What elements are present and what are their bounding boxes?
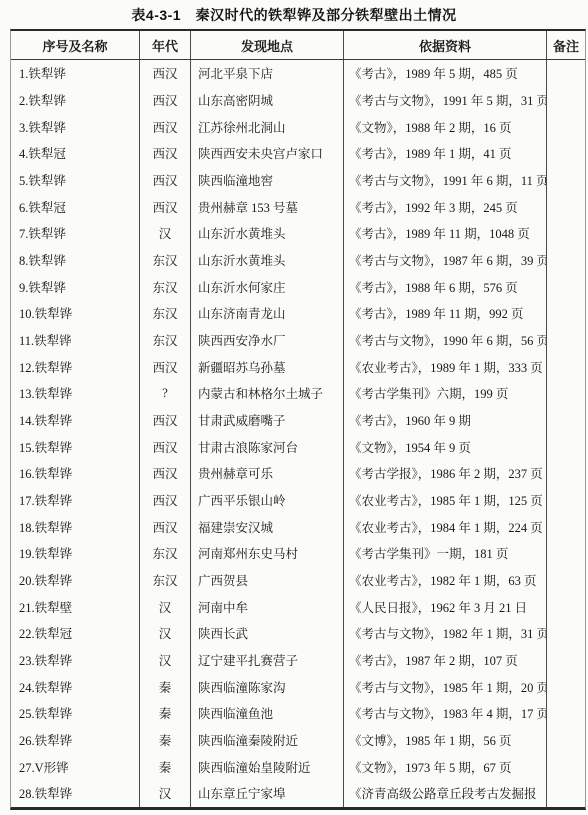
cell-source: 《考古学集刊》一期，181 页 [343, 540, 546, 567]
cell-number-name: 3.铁犁铧 [11, 113, 139, 140]
cell-site: 河南郑州东史马村 [190, 540, 343, 567]
cell-number-name: 11.铁犁铧 [11, 327, 139, 354]
cell-era: 东汉 [139, 247, 190, 274]
cell-number-name: 7.铁犁铧 [11, 220, 139, 247]
cell-number-name: 2.铁犁铧 [11, 87, 139, 114]
cell-era: 西汉 [139, 513, 190, 540]
table-body: 1.铁犁铧 西汉 河北平泉下店 《考古》，1989 年 5 期，485 页 2.… [11, 60, 585, 807]
cell-site: 陕西西安净水厂 [190, 327, 343, 354]
cell-site: 陕西临潼始皇陵附近 [190, 753, 343, 780]
cell-site: 贵州赫章可乐 [190, 460, 343, 487]
cell-number-name: 15.铁犁铧 [11, 433, 139, 460]
cell-site: 山东高密阴城 [190, 87, 343, 114]
table-row: 12.铁犁铧 西汉 新疆昭苏乌孙墓 《农业考古》，1989 年 1 期，333 … [11, 353, 585, 380]
table-row: 1.铁犁铧 西汉 河北平泉下店 《考古》，1989 年 5 期，485 页 [11, 60, 585, 87]
cell-number-name: 28.铁犁铧 [11, 780, 139, 807]
table-row: 28.铁犁铧 汉 山东章丘宁家埠 《济青高级公路章丘段考古发掘报 [11, 780, 585, 807]
cell-era: 汉 [139, 220, 190, 247]
cell-site: 贵州赫章 153 号墓 [190, 193, 343, 220]
cell-site: 陕西西安未央宫卢家口 [190, 140, 343, 167]
cell-note [546, 540, 585, 567]
cell-source: 《考古》，1989 年 5 期，485 页 [343, 60, 546, 87]
cell-source: 《文博》，1985 年 1 期，56 页 [343, 727, 546, 754]
cell-era: 汉 [139, 780, 190, 807]
cell-era: 东汉 [139, 327, 190, 354]
cell-note [546, 673, 585, 700]
cell-note [546, 433, 585, 460]
cell-era: 秦 [139, 727, 190, 754]
cell-number-name: 5.铁犁铧 [11, 167, 139, 194]
cell-number-name: 12.铁犁铧 [11, 353, 139, 380]
cell-source: 《考古与文物》，1991 年 5 期，31 页 [343, 87, 546, 114]
table-row: 10.铁犁铧 东汉 山东济南青龙山 《考古》，1989 年 11 期，992 页 [11, 300, 585, 327]
cell-number-name: 1.铁犁铧 [11, 60, 139, 87]
cell-number-name: 4.铁犁冠 [11, 140, 139, 167]
table-row: 22.铁犁冠 汉 陕西长武 《考古与文物》，1982 年 1 期，31 页 [11, 620, 585, 647]
table-row: 17.铁犁铧 西汉 广西平乐银山岭 《农业考古》，1985 年 1 期，125 … [11, 487, 585, 514]
cell-source: 《考古》，1960 年 9 期 [343, 407, 546, 434]
cell-number-name: 21.铁犁壁 [11, 593, 139, 620]
table-row: 25.铁犁铧 秦 陕西临潼鱼池 《考古与文物》，1983 年 4 期，17 页 [11, 700, 585, 727]
cell-note [546, 353, 585, 380]
cell-number-name: 19.铁犁铧 [11, 540, 139, 567]
cell-number-name: 17.铁犁铧 [11, 487, 139, 514]
cell-era: 东汉 [139, 540, 190, 567]
cell-note [546, 167, 585, 194]
cell-era: 西汉 [139, 60, 190, 87]
table-row: 5.铁犁铧 西汉 陕西临潼地窖 《考古与文物》，1991 年 6 期，11 页 [11, 167, 585, 194]
cell-note [546, 753, 585, 780]
cell-source: 《考古》，1988 年 6 期，576 页 [343, 273, 546, 300]
cell-era: 东汉 [139, 300, 190, 327]
cell-site: 山东沂水何家庄 [190, 273, 343, 300]
cell-site: 陕西临潼地窖 [190, 167, 343, 194]
cell-source: 《农业考古》，1982 年 1 期，63 页 [343, 567, 546, 594]
cell-era: 西汉 [139, 433, 190, 460]
cell-source: 《考古》，1987 年 2 期，107 页 [343, 647, 546, 674]
cell-source: 《考古学集刊》六期，199 页 [343, 380, 546, 407]
table-row: 11.铁犁铧 东汉 陕西西安净水厂 《考古与文物》，1990 年 6 期，56 … [11, 327, 585, 354]
cell-number-name: 24.铁犁铧 [11, 673, 139, 700]
cell-number-name: 16.铁犁铧 [11, 460, 139, 487]
cell-site: 甘肃古浪陈家河台 [190, 433, 343, 460]
cell-number-name: 20.铁犁铧 [11, 567, 139, 594]
cell-note [546, 220, 585, 247]
cell-era: 汉 [139, 620, 190, 647]
cell-note [546, 727, 585, 754]
cell-source: 《农业考古》，1985 年 1 期，125 页 [343, 487, 546, 514]
cell-era: 西汉 [139, 487, 190, 514]
cell-era: 西汉 [139, 140, 190, 167]
table-row: 27.V形铧 秦 陕西临潼始皇陵附近 《文物》，1973 年 5 期，67 页 [11, 753, 585, 780]
cell-source: 《考古与文物》，1983 年 4 期，17 页 [343, 700, 546, 727]
cell-era: 西汉 [139, 87, 190, 114]
cell-number-name: 27.V形铧 [11, 753, 139, 780]
table-title: 表4-3-1 秦汉时代的铁犁铧及部分铁犁壁出土情况 [0, 5, 588, 25]
cell-source: 《考古与文物》，1985 年 1 期，20 页 [343, 673, 546, 700]
table-row: 9.铁犁铧 东汉 山东沂水何家庄 《考古》，1988 年 6 期，576 页 [11, 273, 585, 300]
cell-source: 《考古与文物》，1991 年 6 期，11 页 [343, 167, 546, 194]
cell-note [546, 113, 585, 140]
cell-era: 东汉 [139, 567, 190, 594]
table-row: 7.铁犁铧 汉 山东沂水黄堆头 《考古》，1989 年 11 期，1048 页 [11, 220, 585, 247]
cell-site: 陕西长武 [190, 620, 343, 647]
cell-source: 《考古》，1989 年 11 期，992 页 [343, 300, 546, 327]
cell-number-name: 14.铁犁铧 [11, 407, 139, 434]
cell-source: 《考古》，1992 年 3 期，245 页 [343, 193, 546, 220]
cell-era: 汉 [139, 647, 190, 674]
cell-era: 东汉 [139, 273, 190, 300]
cell-source: 《农业考古》，1984 年 1 期，224 页 [343, 513, 546, 540]
column-header-note: 备注 [546, 31, 585, 59]
table-row: 24.铁犁铧 秦 陕西临潼陈家沟 《考古与文物》，1985 年 1 期，20 页 [11, 673, 585, 700]
cell-note [546, 380, 585, 407]
cell-era: 西汉 [139, 407, 190, 434]
cell-source: 《济青高级公路章丘段考古发掘报 [343, 780, 546, 807]
table-row: 20.铁犁铧 东汉 广西贺县 《农业考古》，1982 年 1 期，63 页 [11, 567, 585, 594]
cell-note [546, 780, 585, 807]
table-row: 2.铁犁铧 西汉 山东高密阴城 《考古与文物》，1991 年 5 期，31 页 [11, 87, 585, 114]
cell-site: 甘肃武威磨嘴子 [190, 407, 343, 434]
cell-site: 福建崇安汉城 [190, 513, 343, 540]
cell-note [546, 567, 585, 594]
cell-number-name: 26.铁犁铧 [11, 727, 139, 754]
cell-era: 西汉 [139, 113, 190, 140]
cell-note [546, 273, 585, 300]
cell-note [546, 247, 585, 274]
cell-source: 《文物》，1954 年 9 页 [343, 433, 546, 460]
cell-site: 陕西临潼陈家沟 [190, 673, 343, 700]
cell-site: 山东济南青龙山 [190, 300, 343, 327]
cell-number-name: 23.铁犁铧 [11, 647, 139, 674]
cell-era: 西汉 [139, 193, 190, 220]
column-header-source: 依据资料 [343, 31, 546, 59]
table-row: 8.铁犁铧 东汉 山东沂水黄堆头 《考古与文物》，1987 年 6 期，39 页 [11, 247, 585, 274]
cell-source: 《考古》，1989 年 1 期，41 页 [343, 140, 546, 167]
cell-source: 《考古与文物》，1990 年 6 期，56 页 [343, 327, 546, 354]
cell-era: 西汉 [139, 460, 190, 487]
cell-site: 内蒙古和林格尔土城子 [190, 380, 343, 407]
table-row: 23.铁犁铧 汉 辽宁建平扎赛营子 《考古》，1987 年 2 期，107 页 [11, 647, 585, 674]
cell-era: 西汉 [139, 353, 190, 380]
cell-era: 汉 [139, 593, 190, 620]
cell-note [546, 647, 585, 674]
cell-site: 新疆昭苏乌孙墓 [190, 353, 343, 380]
cell-note [546, 327, 585, 354]
cell-site: 广西平乐银山岭 [190, 487, 343, 514]
cell-era: 秦 [139, 753, 190, 780]
column-header-number-name: 序号及名称 [11, 31, 139, 59]
table-row: 16.铁犁铧 西汉 贵州赫章可乐 《考古学报》，1986 年 2 期，237 页 [11, 460, 585, 487]
cell-note [546, 407, 585, 434]
cell-note [546, 140, 585, 167]
cell-note [546, 487, 585, 514]
table-row: 6.铁犁冠 西汉 贵州赫章 153 号墓 《考古》，1992 年 3 期，245… [11, 193, 585, 220]
table-row: 19.铁犁铧 东汉 河南郑州东史马村 《考古学集刊》一期，181 页 [11, 540, 585, 567]
cell-site: 江苏徐州北洞山 [190, 113, 343, 140]
cell-era: 秦 [139, 673, 190, 700]
data-table: 序号及名称 年代 发现地点 依据资料 备注 1.铁犁铧 西汉 河北平泉下店 《考… [10, 29, 586, 810]
cell-era: 西汉 [139, 167, 190, 194]
cell-number-name: 25.铁犁铧 [11, 700, 139, 727]
cell-note [546, 87, 585, 114]
cell-site: 山东章丘宁家埠 [190, 780, 343, 807]
cell-source: 《考古学报》，1986 年 2 期，237 页 [343, 460, 546, 487]
cell-number-name: 22.铁犁冠 [11, 620, 139, 647]
cell-site: 河南中牟 [190, 593, 343, 620]
cell-source: 《考古与文物》，1982 年 1 期，31 页 [343, 620, 546, 647]
cell-site: 辽宁建平扎赛营子 [190, 647, 343, 674]
table-row: 26.铁犁铧 秦 陕西临潼秦陵附近 《文博》，1985 年 1 期，56 页 [11, 727, 585, 754]
cell-source: 《考古》，1989 年 11 期，1048 页 [343, 220, 546, 247]
table-row: 14.铁犁铧 西汉 甘肃武威磨嘴子 《考古》，1960 年 9 期 [11, 407, 585, 434]
table-row: 13.铁犁铧 ? 内蒙古和林格尔土城子 《考古学集刊》六期，199 页 [11, 380, 585, 407]
cell-number-name: 6.铁犁冠 [11, 193, 139, 220]
cell-number-name: 18.铁犁铧 [11, 513, 139, 540]
cell-number-name: 9.铁犁铧 [11, 273, 139, 300]
table-row: 21.铁犁壁 汉 河南中牟 《人民日报》，1962 年 3 月 21 日 [11, 593, 585, 620]
cell-source: 《考古与文物》，1987 年 6 期，39 页 [343, 247, 546, 274]
cell-number-name: 10.铁犁铧 [11, 300, 139, 327]
table-row: 18.铁犁铧 西汉 福建崇安汉城 《农业考古》，1984 年 1 期，224 页 [11, 513, 585, 540]
cell-note [546, 513, 585, 540]
table-header-row: 序号及名称 年代 发现地点 依据资料 备注 [11, 31, 585, 60]
cell-note [546, 700, 585, 727]
cell-site: 陕西临潼秦陵附近 [190, 727, 343, 754]
cell-era: 秦 [139, 700, 190, 727]
table-row: 4.铁犁冠 西汉 陕西西安未央宫卢家口 《考古》，1989 年 1 期，41 页 [11, 140, 585, 167]
cell-note [546, 60, 585, 87]
cell-source: 《文物》，1988 年 2 期，16 页 [343, 113, 546, 140]
cell-era: ? [139, 380, 190, 407]
cell-number-name: 13.铁犁铧 [11, 380, 139, 407]
cell-note [546, 300, 585, 327]
cell-source: 《人民日报》，1962 年 3 月 21 日 [343, 593, 546, 620]
column-header-era: 年代 [139, 31, 190, 59]
cell-site: 山东沂水黄堆头 [190, 220, 343, 247]
cell-source: 《文物》，1973 年 5 期，67 页 [343, 753, 546, 780]
cell-site: 陕西临潼鱼池 [190, 700, 343, 727]
cell-number-name: 8.铁犁铧 [11, 247, 139, 274]
document-page: 表4-3-1 秦汉时代的铁犁铧及部分铁犁壁出土情况 序号及名称 年代 发现地点 … [0, 0, 588, 815]
cell-note [546, 593, 585, 620]
cell-source: 《农业考古》，1989 年 1 期，333 页 [343, 353, 546, 380]
cell-note [546, 460, 585, 487]
cell-site: 山东沂水黄堆头 [190, 247, 343, 274]
column-header-site: 发现地点 [190, 31, 343, 59]
cell-site: 广西贺县 [190, 567, 343, 594]
table-row: 15.铁犁铧 西汉 甘肃古浪陈家河台 《文物》，1954 年 9 页 [11, 433, 585, 460]
table-row: 3.铁犁铧 西汉 江苏徐州北洞山 《文物》，1988 年 2 期，16 页 [11, 113, 585, 140]
cell-note [546, 620, 585, 647]
cell-note [546, 193, 585, 220]
cell-site: 河北平泉下店 [190, 60, 343, 87]
